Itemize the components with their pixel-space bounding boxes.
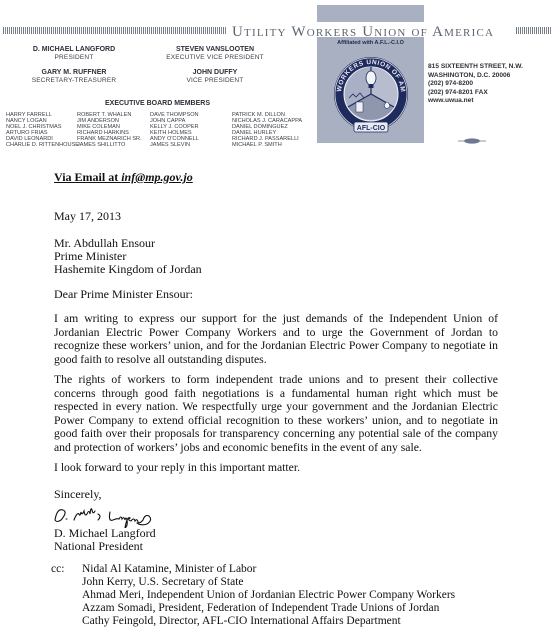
board-member: JAMES SLEVIN: [150, 142, 199, 148]
cc-item: Azzam Somadi, President, Federation of I…: [82, 602, 455, 615]
board-member: JAMES SHILLITTO: [77, 142, 142, 148]
officer-title: SECRETARY-TREASURER: [14, 77, 134, 85]
address-city: WASHINGTON, D.C. 20006: [428, 72, 523, 81]
officer-secretary-treasurer: GARY M. RUFFNER SECRETARY-TREASURER: [14, 69, 134, 85]
union-logo: Affiliated with A.F.L.-C.I.O WORKERS UNI…: [317, 37, 424, 143]
letterhead-accent-block: [317, 5, 424, 22]
union-address: 815 SIXTEENTH STREET, N.W. WASHINGTON, D…: [428, 63, 523, 106]
paragraph-3: I look forward to your reply in this imp…: [54, 461, 498, 475]
cc-item: Nidal Al Katamine, Minister of Labor: [82, 563, 455, 576]
letterhead-rule-right: [516, 27, 551, 34]
paragraph-2: The rights of workers to form independen…: [54, 373, 498, 454]
closing: Sincerely,: [54, 488, 102, 501]
signer-title: National President: [54, 540, 143, 553]
officer-name: D. MICHAEL LANGFORD: [14, 46, 134, 54]
officer-name: GARY M. RUFFNER: [14, 69, 134, 77]
officer-exec-vp: STEVEN VANSLOOTEN EXECUTIVE VICE PRESIDE…: [155, 46, 275, 62]
affiliation-text: Affiliated with A.F.L.-C.I.O: [317, 40, 424, 46]
letterhead-rule-left: [3, 27, 227, 34]
address-website[interactable]: www.uwua.net: [428, 97, 523, 106]
board-column: ROBERT T. WHALENJIM ANDERSONMIKE COLEMAN…: [77, 112, 142, 148]
delivery-email-link[interactable]: inf@mp.gov.jo: [121, 170, 193, 184]
union-bug-icon: [456, 138, 488, 144]
svg-text:AFL-CIO: AFL-CIO: [357, 125, 386, 132]
board-column: DAVE THOMPSONJOHN CAPPAKELLY J. COOPERKE…: [150, 112, 199, 148]
cc-list: Nidal Al Katamine, Minister of Labor Joh…: [82, 563, 455, 628]
delivery-prefix: Via Email at: [54, 170, 121, 184]
officer-title: PRESIDENT: [14, 54, 134, 62]
recipient-country: Hashemite Kingdom of Jordan: [54, 263, 202, 276]
delivery-line: Via Email at inf@mp.gov.jo: [54, 170, 193, 185]
letter-date: May 17, 2013: [54, 210, 121, 223]
union-seal-icon: WORKERS UNION OF AMERICA AFL-CIO: [332, 50, 410, 138]
salutation: Dear Prime Minister Ensour:: [54, 288, 193, 301]
officer-title: VICE PRESIDENT: [155, 77, 275, 85]
address-fax: (202) 974-8201 FAX: [428, 89, 523, 98]
board-member: CHARLIE D. RITTENHOUSE: [6, 142, 79, 148]
board-title: EXECUTIVE BOARD MEMBERS: [105, 100, 210, 107]
board-column: HARRY FARRELLNANCY LOGANNOEL J. CHRISTMA…: [6, 112, 79, 148]
board-member: MICHAEL P. SMITH: [232, 142, 302, 148]
cc-item: Ahmad Meri, Independent Union of Jordani…: [82, 589, 455, 602]
cc-item: John Kerry, U.S. Secretary of State: [82, 576, 455, 589]
address-street: 815 SIXTEENTH STREET, N.W.: [428, 63, 523, 72]
officer-president: D. MICHAEL LANGFORD PRESIDENT: [14, 46, 134, 62]
cc-item: Cathy Feingold, Director, AFL-CIO Intern…: [82, 615, 455, 628]
signature-icon: [52, 502, 162, 528]
officer-vp: JOHN DUFFY VICE PRESIDENT: [155, 69, 275, 85]
board-column: PATRICK M. DILLONNICHOLAS J. CARACAPPADA…: [232, 112, 302, 148]
officer-title: EXECUTIVE VICE PRESIDENT: [155, 54, 275, 62]
paragraph-1: I am writing to express our support for …: [54, 312, 498, 366]
address-phone: (202) 974-8200: [428, 80, 523, 89]
officer-name: JOHN DUFFY: [155, 69, 275, 77]
officer-name: STEVEN VANSLOOTEN: [155, 46, 275, 54]
cc-label: cc:: [51, 563, 64, 575]
